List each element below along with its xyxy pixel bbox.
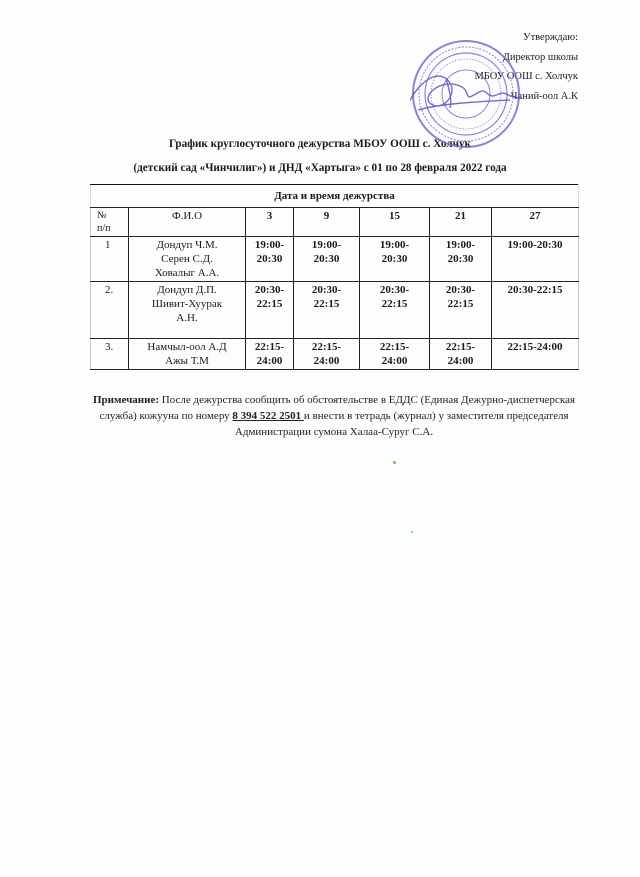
- header-number-symbol: №: [97, 209, 126, 222]
- person-name: Ховалыг А.А.: [131, 266, 243, 280]
- table-header-row: № п/п Ф.И.О 3 9 15 21 27: [91, 208, 579, 237]
- duty-time-cell: 20:30-22:15: [430, 282, 492, 339]
- approval-position: Директор школы: [474, 48, 578, 68]
- scan-speck: [393, 461, 396, 464]
- duty-time-cell: 19:00-20:30: [294, 237, 360, 282]
- table-row: 3.Намчыл-оол А.ДАжы Т.М22:15-24:0022:15-…: [91, 339, 579, 370]
- note-label: Примечание:: [93, 394, 159, 406]
- duty-time: 20:30: [248, 252, 291, 266]
- duty-time: 20:30-22:15: [494, 283, 576, 297]
- duty-time: 22:15-: [296, 340, 357, 354]
- duty-time: 19:00-20:30: [494, 238, 576, 252]
- duty-time: 24:00: [432, 354, 489, 368]
- document-title: График круглосуточного дежурства МБОУ ОО…: [0, 138, 640, 150]
- duty-time: 22:15-: [248, 340, 291, 354]
- duty-time-cell: 22:15-24:00: [360, 339, 430, 370]
- duty-time: 20:30: [296, 252, 357, 266]
- header-number-abbr: п/п: [97, 222, 126, 235]
- phone-number: 8 394 522 2501: [232, 410, 304, 422]
- person-name: Дондуп Д.П.: [131, 283, 243, 297]
- duty-time: 20:30-: [296, 283, 357, 297]
- duty-time: 19:00-: [296, 238, 357, 252]
- duty-time-cell: 19:00-20:30: [246, 237, 294, 282]
- table-row: 2.Дондуп Д.П.Шивит-ХууракА.Н.20:30-22:15…: [91, 282, 579, 339]
- duty-schedule-table: Дата и время дежурства № п/п Ф.И.О 3 9 1…: [90, 184, 579, 370]
- duty-time: 24:00: [296, 354, 357, 368]
- person-name: Ажы Т.М: [131, 354, 243, 368]
- duty-time: 22:15: [248, 297, 291, 311]
- duty-time: 22:15: [296, 297, 357, 311]
- table-caption: Дата и время дежурства: [91, 185, 579, 208]
- duty-time-cell: 19:00-20:30: [492, 237, 579, 282]
- approval-organization: МБОУ ООШ с. Холчук: [474, 67, 578, 87]
- row-number: 3.: [91, 339, 129, 370]
- duty-time-cell: 22:15-24:00: [246, 339, 294, 370]
- duty-time: 20:30-: [248, 283, 291, 297]
- row-number: 2.: [91, 282, 129, 339]
- note-paragraph: Примечание: После дежурства сообщить об …: [92, 392, 576, 440]
- row-names: Намчыл-оол А.ДАжы Т.М: [129, 339, 246, 370]
- person-name: Серен С.Д.: [131, 252, 243, 266]
- duty-time-cell: 20:30-22:15: [360, 282, 430, 339]
- header-date: 21: [430, 208, 492, 237]
- duty-time: 19:00-: [432, 238, 489, 252]
- duty-time: 20:30: [362, 252, 427, 266]
- duty-time: 20:30-: [432, 283, 489, 297]
- header-fio: Ф.И.О: [129, 208, 246, 237]
- duty-time-cell: 20:30-22:15: [492, 282, 579, 339]
- duty-time: 22:15: [432, 297, 489, 311]
- duty-time-cell: 19:00-20:30: [430, 237, 492, 282]
- header-date: 27: [492, 208, 579, 237]
- duty-time: 22:15-: [432, 340, 489, 354]
- person-name: Намчыл-оол А.Д: [131, 340, 243, 354]
- duty-time: 19:00-: [248, 238, 291, 252]
- header-date: 15: [360, 208, 430, 237]
- document-subtitle: (детский сад «Чинчилиг») и ДНД «Хартыга»…: [0, 162, 640, 174]
- row-number: 1: [91, 237, 129, 282]
- header-date: 3: [246, 208, 294, 237]
- duty-time: 22:15-: [362, 340, 427, 354]
- scan-speck: [411, 531, 413, 533]
- duty-time: 22:15-24:00: [494, 340, 576, 354]
- header-date: 9: [294, 208, 360, 237]
- row-names: Дондуп Д.П.Шивит-ХууракА.Н.: [129, 282, 246, 339]
- duty-time: 20:30: [432, 252, 489, 266]
- approval-block: Утверждаю: Директор школы МБОУ ООШ с. Хо…: [474, 28, 578, 106]
- duty-time-cell: 22:15-24:00: [294, 339, 360, 370]
- duty-time-cell: 20:30-22:15: [294, 282, 360, 339]
- duty-time: 22:15: [362, 297, 427, 311]
- duty-time-cell: 19:00-20:30: [360, 237, 430, 282]
- document-page: Утверждаю: Директор школы МБОУ ООШ с. Хо…: [0, 0, 640, 877]
- duty-time: 19:00-: [362, 238, 427, 252]
- duty-time-cell: 22:15-24:00: [492, 339, 579, 370]
- person-name: А.Н.: [131, 311, 243, 325]
- header-number: № п/п: [91, 208, 129, 237]
- approval-heading: Утверждаю:: [474, 28, 578, 48]
- duty-time: 24:00: [248, 354, 291, 368]
- duty-time-cell: 20:30-22:15: [246, 282, 294, 339]
- person-name: Дондуп Ч.М.: [131, 238, 243, 252]
- duty-time: 24:00: [362, 354, 427, 368]
- approval-signatory: Чаний-оол А.К: [474, 87, 578, 107]
- row-names: Дондуп Ч.М.Серен С.Д.Ховалыг А.А.: [129, 237, 246, 282]
- duty-time: 20:30-: [362, 283, 427, 297]
- duty-time-cell: 22:15-24:00: [430, 339, 492, 370]
- person-name: Шивит-Хуурак: [131, 297, 243, 311]
- table-row: 1Дондуп Ч.М.Серен С.Д.Ховалыг А.А.19:00-…: [91, 237, 579, 282]
